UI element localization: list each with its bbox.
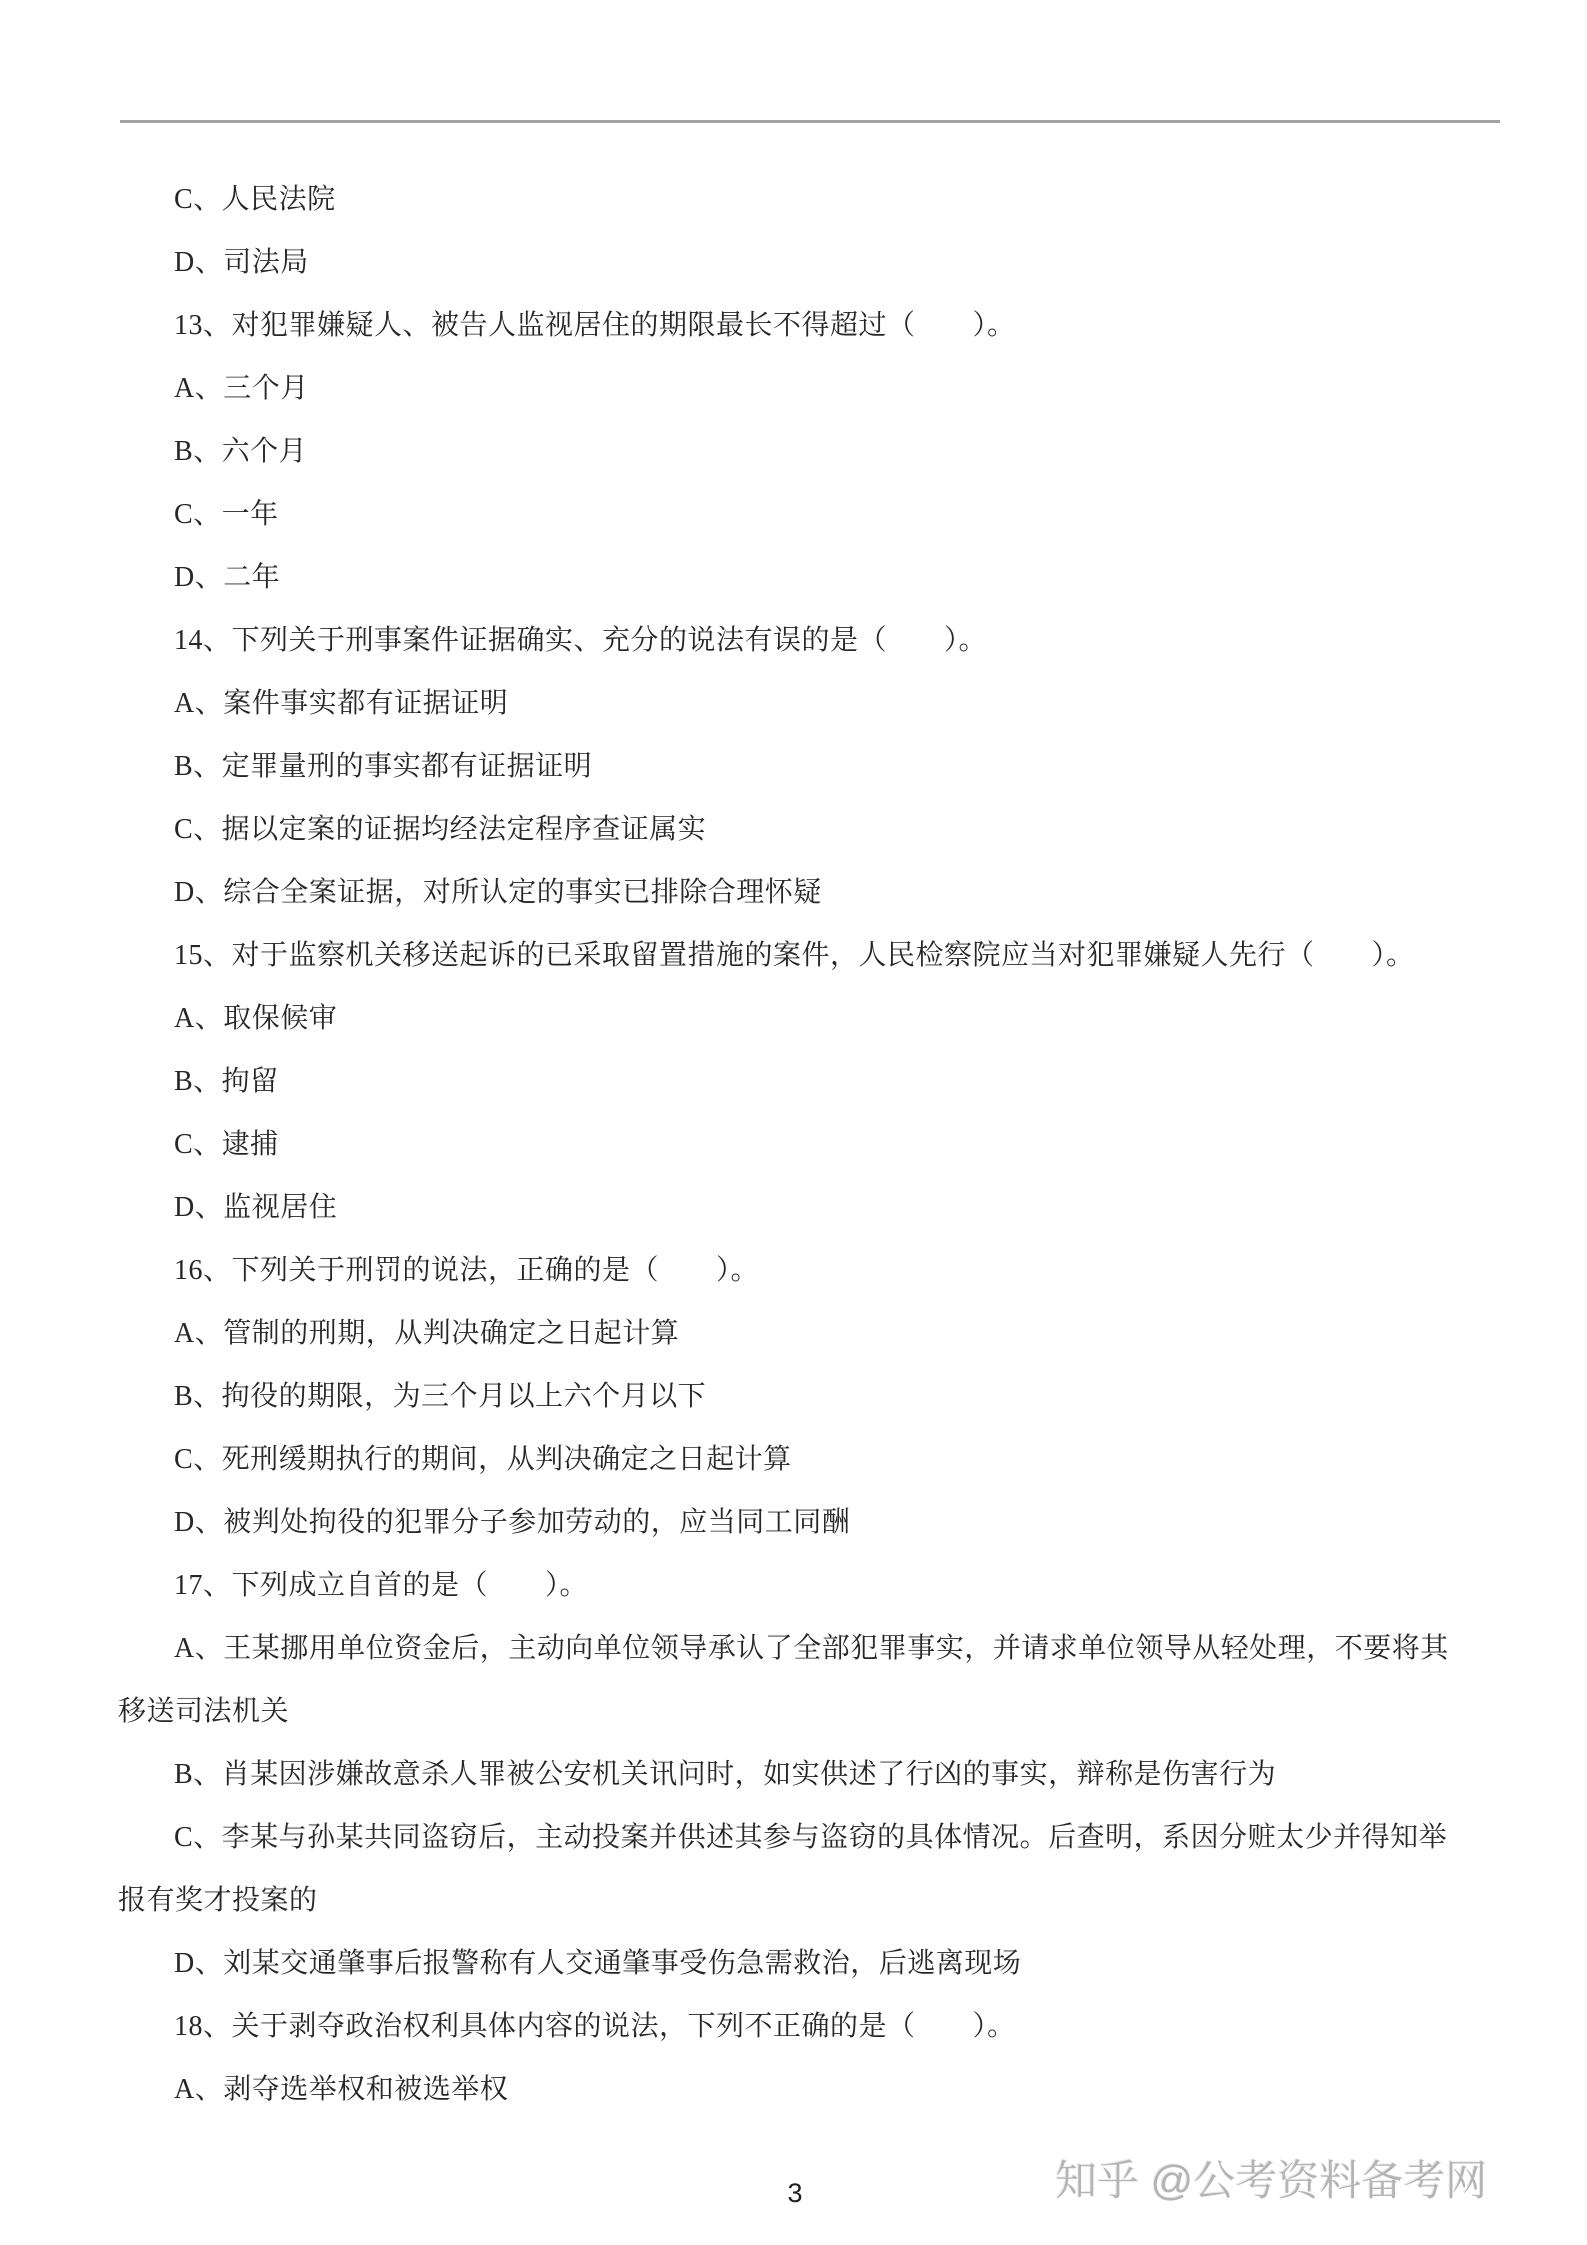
document-body: C、人民法院D、司法局13、对犯罪嫌疑人、被告人监视居住的期限最长不得超过（ ）… xyxy=(118,168,1468,2121)
option-paragraph: A、王某挪用单位资金后，主动向单位领导承认了全部犯罪事实，并请求单位领导从轻处理… xyxy=(118,1617,1468,1743)
question-paragraph: 18、关于剥夺政治权利具体内容的说法，下列不正确的是（ ）。 xyxy=(118,1995,1468,2058)
question-paragraph: 16、下列关于刑罚的说法，正确的是（ ）。 xyxy=(118,1239,1468,1302)
page-number: 3 xyxy=(770,2178,820,2209)
option-paragraph: D、监视居住 xyxy=(118,1176,1468,1239)
option-paragraph: D、二年 xyxy=(118,546,1468,609)
question-paragraph: 17、下列成立自首的是（ ）。 xyxy=(118,1554,1468,1617)
option-paragraph: D、刘某交通肇事后报警称有人交通肇事受伤急需救治，后逃离现场 xyxy=(118,1932,1468,1995)
option-paragraph: B、拘役的期限，为三个月以上六个月以下 xyxy=(118,1365,1468,1428)
option-paragraph: D、司法局 xyxy=(118,231,1468,294)
option-paragraph: B、肖某因涉嫌故意杀人罪被公安机关讯问时，如实供述了行凶的事实，辩称是伤害行为 xyxy=(118,1743,1468,1806)
option-paragraph: A、取保候审 xyxy=(118,987,1468,1050)
top-divider xyxy=(120,120,1500,123)
question-paragraph: 13、对犯罪嫌疑人、被告人监视居住的期限最长不得超过（ ）。 xyxy=(118,294,1468,357)
watermark: 知乎 @公考资料备考网 xyxy=(1055,2148,1487,2208)
option-paragraph: B、六个月 xyxy=(118,420,1468,483)
question-paragraph: 15、对于监察机关移送起诉的已采取留置措施的案件，人民检察院应当对犯罪嫌疑人先行… xyxy=(118,924,1468,987)
option-paragraph: C、逮捕 xyxy=(118,1113,1468,1176)
option-paragraph: C、李某与孙某共同盗窃后，主动投案并供述其参与盗窃的具体情况。后查明，系因分赃太… xyxy=(118,1806,1468,1932)
option-paragraph: A、案件事实都有证据证明 xyxy=(118,672,1468,735)
option-paragraph: A、剥夺选举权和被选举权 xyxy=(118,2058,1468,2121)
option-paragraph: C、死刑缓期执行的期间，从判决确定之日起计算 xyxy=(118,1428,1468,1491)
option-paragraph: D、综合全案证据，对所认定的事实已排除合理怀疑 xyxy=(118,861,1468,924)
option-paragraph: C、据以定案的证据均经法定程序查证属实 xyxy=(118,798,1468,861)
option-paragraph: D、被判处拘役的犯罪分子参加劳动的，应当同工同酬 xyxy=(118,1491,1468,1554)
option-paragraph: C、一年 xyxy=(118,483,1468,546)
option-paragraph: B、拘留 xyxy=(118,1050,1468,1113)
option-paragraph: C、人民法院 xyxy=(118,168,1468,231)
question-paragraph: 14、下列关于刑事案件证据确实、充分的说法有误的是（ ）。 xyxy=(118,609,1468,672)
option-paragraph: A、管制的刑期，从判决确定之日起计算 xyxy=(118,1302,1468,1365)
option-paragraph: B、定罪量刑的事实都有证据证明 xyxy=(118,735,1468,798)
document-page: C、人民法院D、司法局13、对犯罪嫌疑人、被告人监视居住的期限最长不得超过（ ）… xyxy=(0,0,1587,2245)
option-paragraph: A、三个月 xyxy=(118,357,1468,420)
